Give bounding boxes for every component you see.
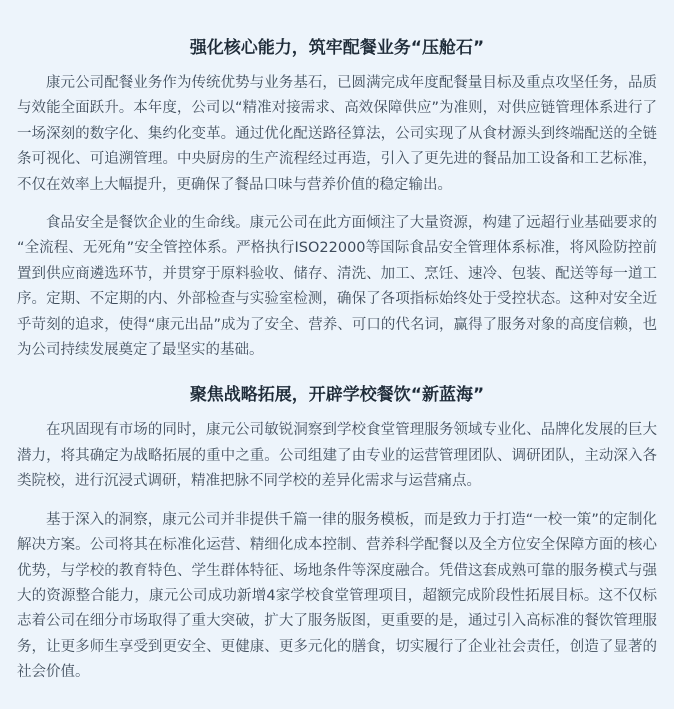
paragraph-customized-solutions: 基于深入的洞察，康元公司并非提供千篇一律的服务模板，而是致力于打造“一校一策”的… — [17, 508, 657, 686]
document-page: 强化核心能力，筑牢配餐业务“压舱石” 康元公司配餐业务作为传统优势与业务基石，已… — [0, 0, 674, 686]
paragraph-market-insight: 在巩固现有市场的同时，康元公司敏锐洞察到学校食堂管理服务领域专业化、品牌化发展的… — [17, 418, 657, 494]
section-heading-strategic-expansion: 聚焦战略拓展，开辟学校餐饮“新蓝海” — [17, 384, 657, 406]
paragraph-food-safety: 食品安全是餐饮企业的生命线。康元公司在此方面倾注了大量资源，构建了远超行业基础要… — [17, 211, 657, 363]
section-heading-core-capability: 强化核心能力，筑牢配餐业务“压舱石” — [17, 37, 657, 59]
paragraph-catering-business: 康元公司配餐业务作为传统优势与业务基石，已圆满完成年度配餐量目标及重点攻坚任务，… — [17, 71, 657, 198]
